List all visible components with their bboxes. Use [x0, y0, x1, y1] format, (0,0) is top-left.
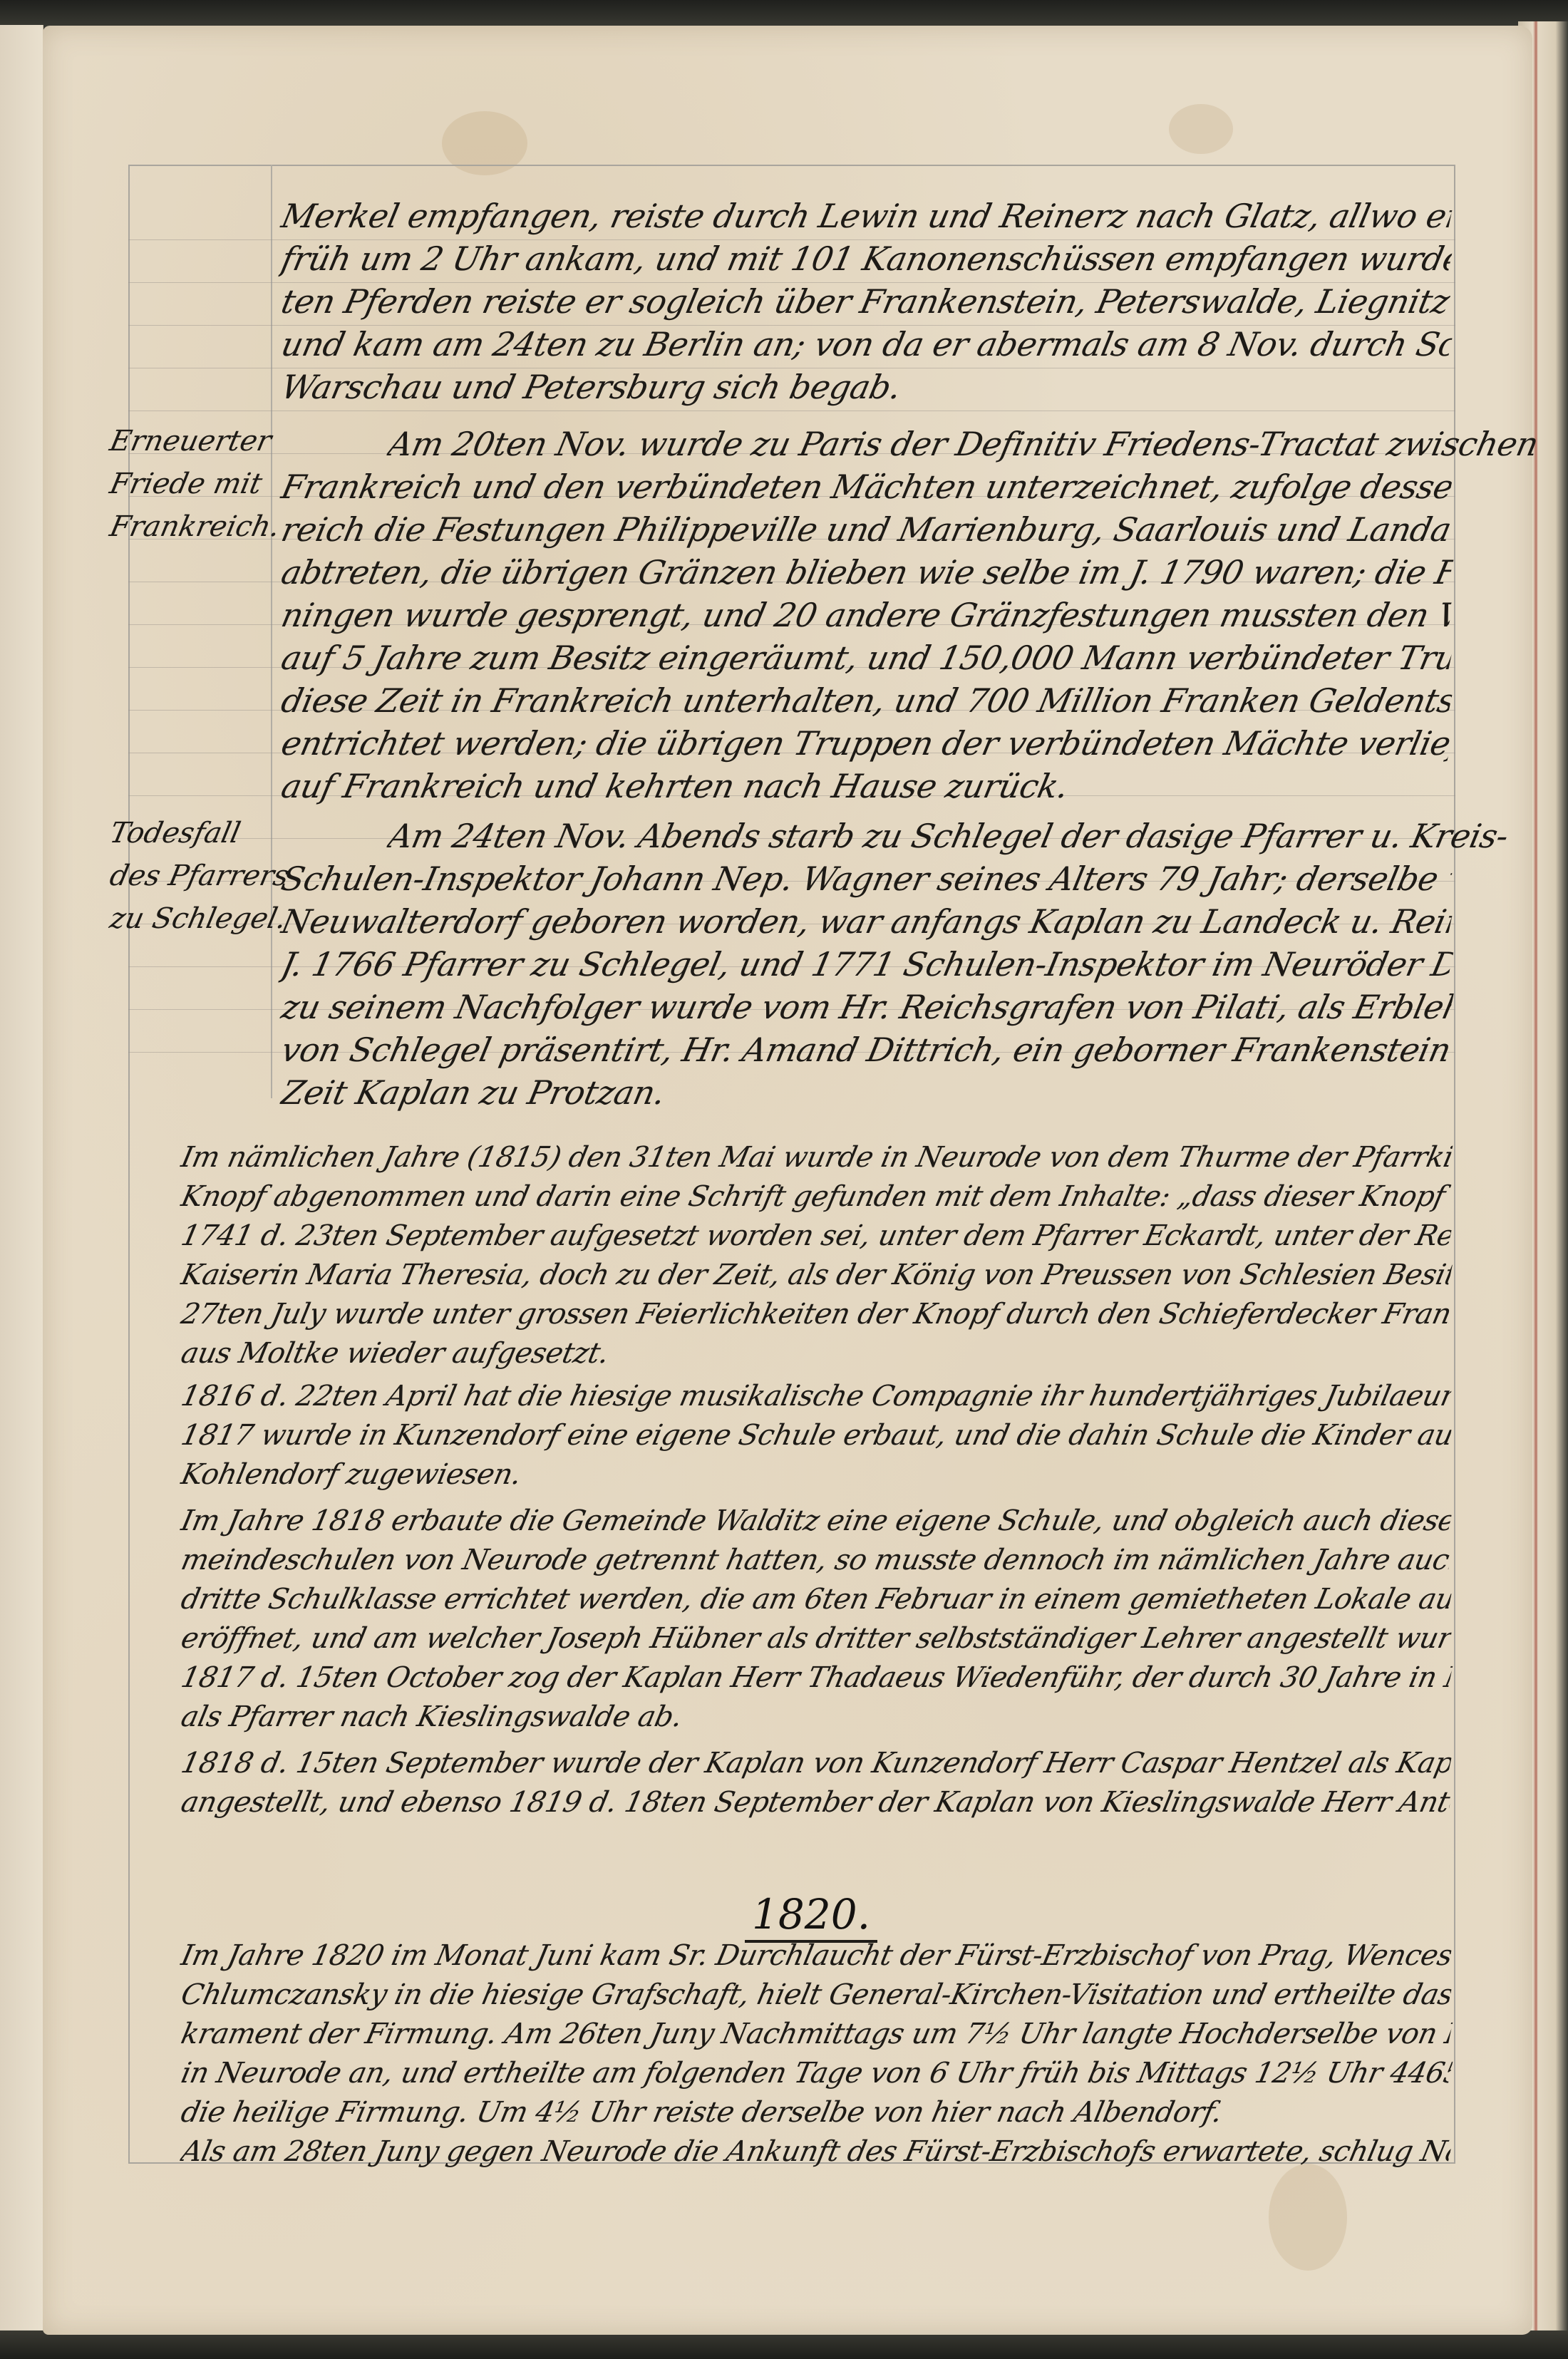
text-line: dritte Schulklasse errichtet werden, die…	[178, 1583, 1454, 1616]
book-binding-bottom	[0, 2330, 1568, 2359]
text-line: Kaiserin Maria Theresia, doch zu der Zei…	[178, 1259, 1454, 1291]
text-line: ningen wurde gesprengt, und 20 andere Gr…	[278, 596, 1455, 634]
margin-note: Friede mit	[107, 468, 285, 500]
text-line: entrichtet werden; die übrigen Truppen d…	[278, 724, 1455, 763]
text-line: zu seinem Nachfolger wurde vom Hr. Reich…	[278, 988, 1455, 1026]
text-line: auf 5 Jahre zum Besitz eingeräumt, und 1…	[278, 639, 1455, 677]
margin-note: Todesfall	[107, 817, 285, 850]
text-line: Am 24ten Nov. Abends starb zu Schlegel d…	[385, 817, 1562, 855]
text-line: Chlumczansky in die hiesige Grafschaft, …	[178, 1978, 1454, 2011]
facing-page-edge	[0, 25, 43, 2334]
text-line: J. 1766 Pfarrer zu Schlegel, und 1771 Sc…	[278, 945, 1455, 984]
text-line: diese Zeit in Frankreich unterhalten, un…	[278, 681, 1455, 720]
text-line: aus Moltke wieder aufgesetzt.	[178, 1337, 1454, 1370]
text-line: Neuwalterdorf geboren worden, war anfang…	[278, 902, 1455, 941]
margin-note: zu Schlegel.	[107, 902, 285, 935]
manuscript-page: Merkel empfangen, reiste durch Lewin und…	[43, 26, 1532, 2335]
text-line: ten Pferden reiste er sogleich über Fran…	[278, 282, 1455, 321]
text-line: in Neurode an, und ertheilte am folgende…	[178, 2057, 1454, 2090]
text-line: Im nämlichen Jahre (1815) den 31ten Mai …	[178, 1141, 1454, 1174]
entry-1817: 1817 wurde in Kunzendorf eine eigene Sch…	[178, 1419, 1454, 1452]
entry-1817-october: 1817 d. 15ten October zog der Kaplan Her…	[178, 1661, 1454, 1694]
text-line: die heilige Firmung. Um 4½ Uhr reiste de…	[178, 2096, 1454, 2129]
text-line: Frankreich und den verbündeten Mächten u…	[278, 468, 1455, 506]
text-line: Kohlendorf zugewiesen.	[178, 1458, 1454, 1491]
margin-note: Erneuerter	[107, 425, 285, 458]
paper-stain	[1169, 104, 1233, 154]
entry-1818-september: 1818 d. 15ten September wurde der Kaplan…	[178, 1747, 1454, 1780]
text-line: Als am 28ten Juny gegen Neurode die Anku…	[178, 2135, 1454, 2168]
text-line: früh um 2 Uhr ankam, und mit 101 Kanonen…	[278, 239, 1455, 278]
text-line: 27ten July wurde unter grossen Feierlich…	[178, 1298, 1454, 1331]
text-line: reich die Festungen Philippeville und Ma…	[278, 510, 1455, 549]
text-line: angestellt, und ebenso 1819 d. 18ten Sep…	[178, 1786, 1454, 1819]
year-heading-1820: 1820.	[745, 1890, 877, 1943]
text-line: und kam am 24ten zu Berlin an; von da er…	[278, 325, 1455, 363]
text-line: krament der Firmung. Am 26ten Juny Nachm…	[178, 2018, 1454, 2050]
text-line: Schulen-Inspektor Johann Nep. Wagner sei…	[278, 860, 1455, 898]
text-line: Merkel empfangen, reiste durch Lewin und…	[278, 197, 1455, 235]
paper-stain	[1269, 2164, 1347, 2271]
book-binding-top	[0, 0, 1568, 29]
text-line: als Pfarrer nach Kieslingswalde ab.	[178, 1700, 1454, 1733]
entry-1818: Im Jahre 1818 erbaute die Gemeinde Waldi…	[178, 1504, 1454, 1537]
text-line: auf Frankreich und kehrten nach Hause zu…	[278, 767, 1455, 805]
text-line: meindeschulen von Neurode getrennt hatte…	[178, 1544, 1454, 1576]
text-line: eröffnet, und am welcher Joseph Hübner a…	[178, 1622, 1454, 1655]
margin-note: Frankreich.	[107, 510, 285, 543]
text-line: Im Jahre 1820 im Monat Juni kam Sr. Durc…	[178, 1939, 1454, 1972]
margin-rule	[271, 165, 272, 1098]
text-line: 1741 d. 23ten September aufgesetzt worde…	[178, 1219, 1454, 1252]
text-line: abtreten, die übrigen Gränzen blieben wi…	[278, 553, 1455, 592]
text-line: Am 20ten Nov. wurde zu Paris der Definit…	[385, 425, 1562, 463]
text-line: Warschau und Petersburg sich begab.	[278, 368, 1455, 406]
ruled-line	[128, 411, 1455, 411]
entry-1816: 1816 d. 22ten April hat die hiesige musi…	[178, 1380, 1454, 1413]
text-line: Zeit Kaplan zu Protzan.	[278, 1073, 1455, 1112]
text-line: Knopf abgenommen und darin eine Schrift …	[178, 1180, 1454, 1213]
margin-note: des Pfarrers	[107, 860, 285, 892]
text-line: von Schlegel präsentirt, Hr. Amand Dittr…	[278, 1031, 1455, 1069]
